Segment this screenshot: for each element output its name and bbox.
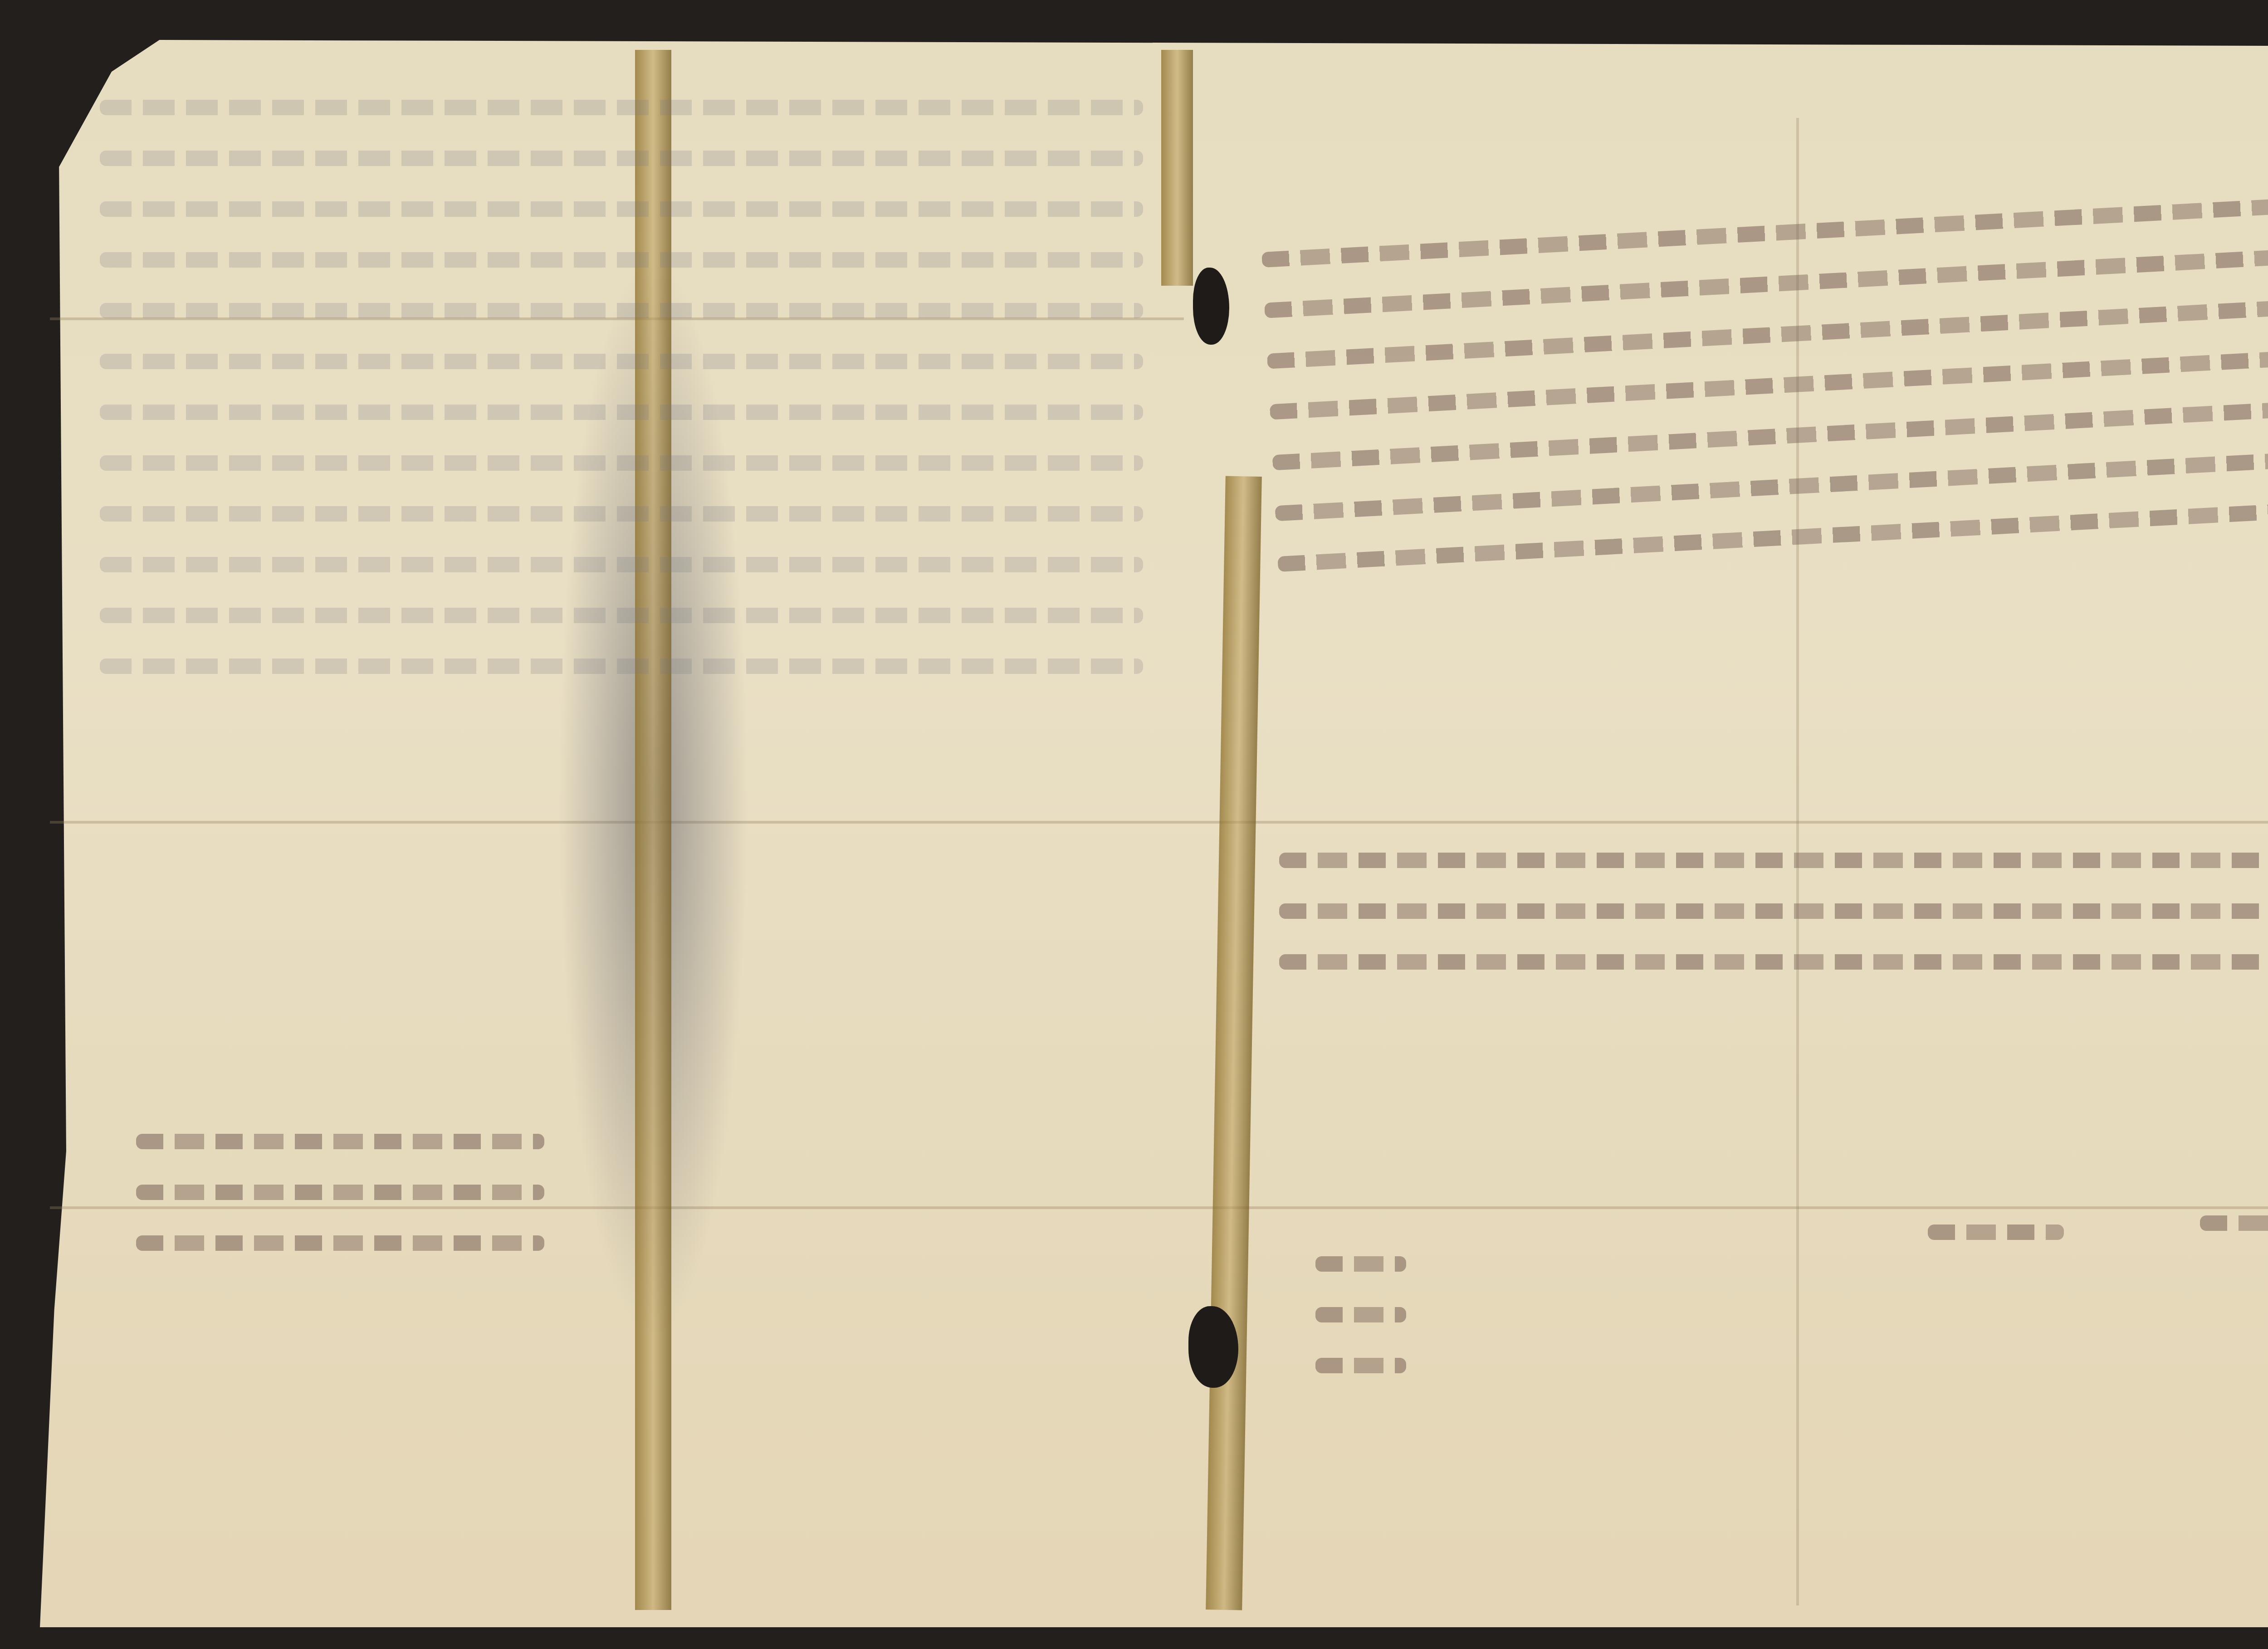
handwritten-text-block <box>1261 193 2268 607</box>
bleed-through-text-block <box>100 100 1143 709</box>
signature-group <box>2200 1215 2268 1266</box>
signature-group <box>1315 1256 1406 1409</box>
tape-strip <box>1161 50 1193 286</box>
handwritten-lower-text <box>1279 853 2268 1005</box>
signature-group <box>1928 1225 2064 1275</box>
horizontal-fold-line <box>50 821 2268 824</box>
signature-group <box>136 1134 544 1286</box>
